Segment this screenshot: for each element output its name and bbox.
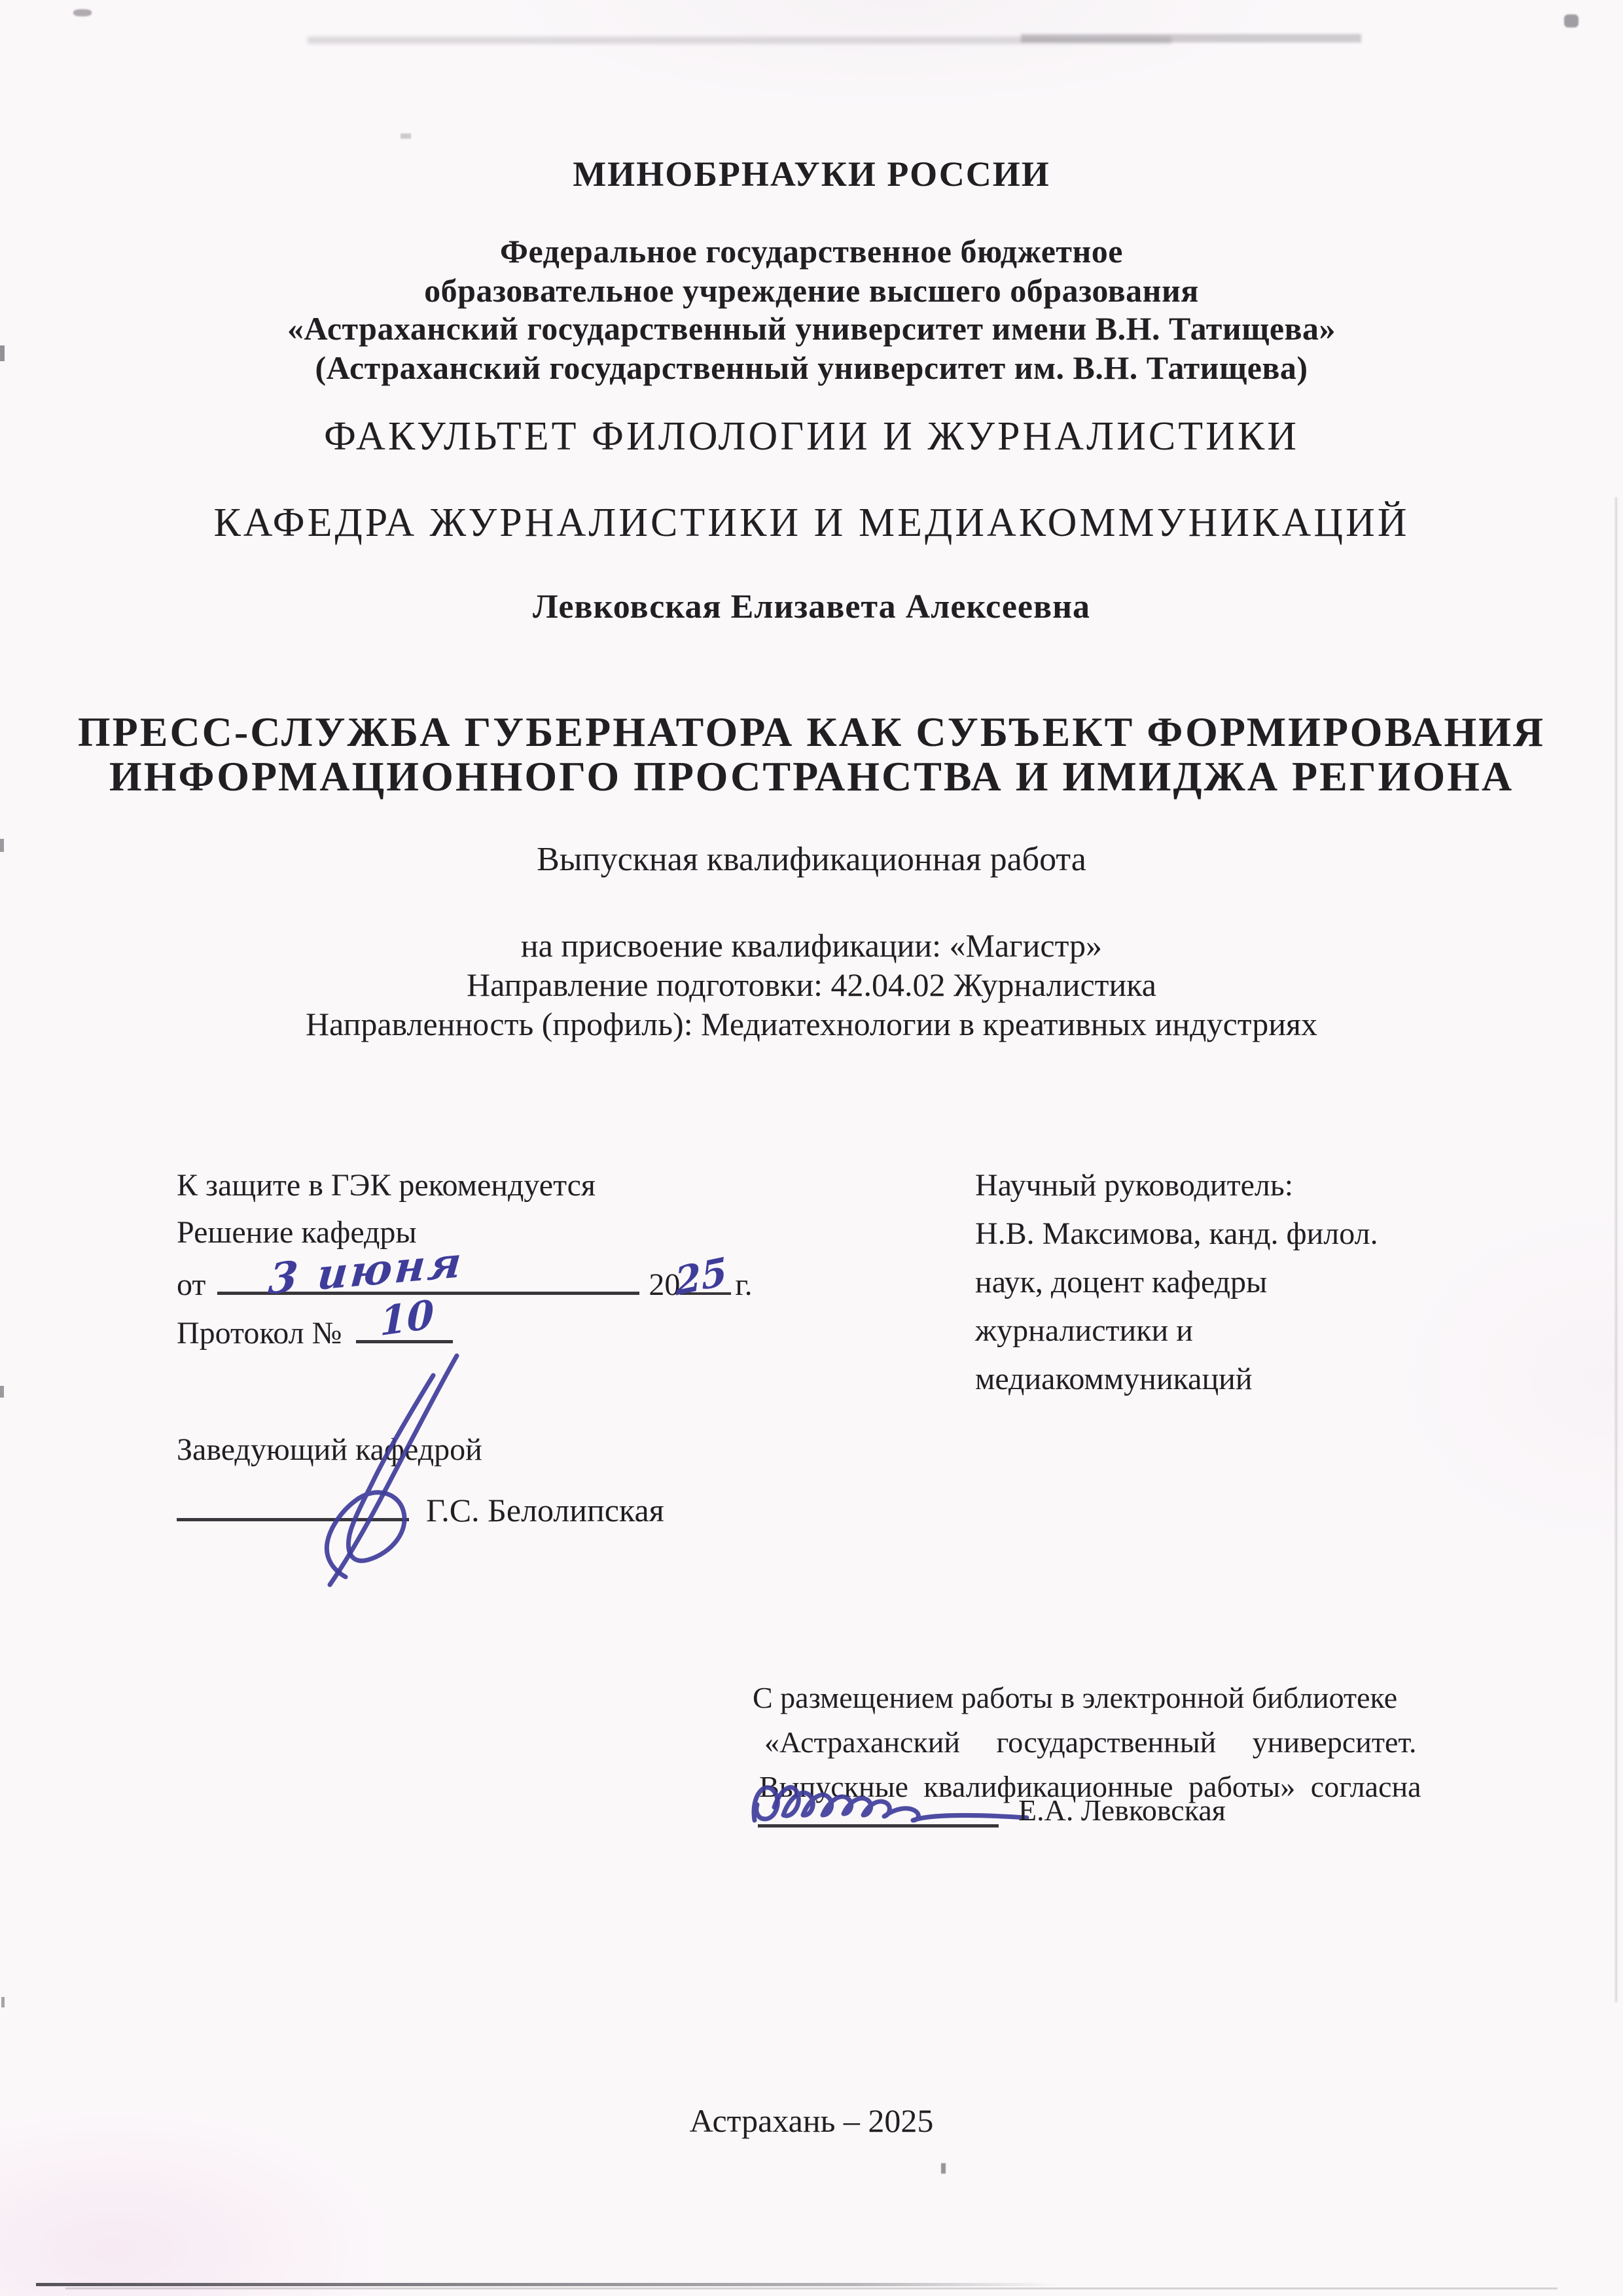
scan-smudge	[308, 37, 1171, 44]
supervisor-line: Н.В. Максимова, канд. филол.	[975, 1216, 1378, 1252]
thesis-title-line: ИНФОРМАЦИОННОГО ПРОСТРАНСТВА И ИМИДЖА РЕ…	[0, 752, 1623, 801]
work-type: Выпускная квалификационная работа	[0, 840, 1623, 879]
approval-date-row: от3 июня2025г.	[177, 1255, 753, 1303]
protocol-blank-line: 10	[356, 1303, 453, 1343]
date-blank-line: 3 июня	[217, 1255, 639, 1295]
scan-smudge	[1021, 34, 1361, 43]
institution-line: «Астраханский государственный университе…	[0, 309, 1623, 347]
consent-name: Е.А. Левковская	[1018, 1793, 1226, 1828]
year-suffix: г.	[735, 1267, 752, 1302]
department-head-signature-icon	[281, 1347, 491, 1595]
approval-recommendation: К защите в ГЭК рекомендуется	[177, 1167, 596, 1203]
program-line: Направление подготовки: 42.04.02 Журнали…	[0, 966, 1623, 1004]
author-name: Левковская Елизавета Алексеевна	[0, 588, 1623, 626]
supervisor-line: наук, доцент кафедры	[975, 1264, 1267, 1300]
from-label: от	[177, 1267, 205, 1302]
year-blank-line: 25	[680, 1256, 731, 1295]
consent-line: «Астраханский государственный университе…	[764, 1725, 1417, 1759]
profile-line: Направленность (профиль): Медиатехнологи…	[0, 1005, 1623, 1043]
ministry-heading: МИНОБРНАУКИ РОССИИ	[0, 154, 1623, 194]
thesis-title-line: ПРЕСС-СЛУЖБА ГУБЕРНАТОРА КАК СУБЪЕКТ ФОР…	[0, 708, 1623, 756]
supervisor-label: Научный руководитель:	[975, 1167, 1293, 1203]
protocol-label: Протокол №	[177, 1316, 342, 1351]
approval-protocol-row: Протокол №10	[177, 1303, 453, 1351]
supervisor-line: журналистики и	[975, 1313, 1193, 1349]
consent-signature-line	[758, 1824, 999, 1828]
scan-speck	[941, 2163, 946, 2174]
scan-speck	[401, 133, 411, 139]
institution-line: образовательное учреждение высшего образ…	[0, 272, 1623, 309]
supervisor-line: медиакоммуникаций	[975, 1361, 1253, 1397]
qualification-line: на присвоение квалификации: «Магистр»	[0, 927, 1623, 964]
thesis-title-page: МИНОБРНАУКИ РОССИИ Федеральное государст…	[0, 0, 1623, 2296]
institution-line: (Астраханский государственный университе…	[0, 349, 1623, 387]
consent-line: С размещением работы в электронной библи…	[753, 1680, 1397, 1715]
department-heading: КАФЕДРА ЖУРНАЛИСТИКИ И МЕДИАКОММУНИКАЦИЙ	[0, 500, 1623, 546]
handwritten-year: 25	[674, 1248, 729, 1304]
city-year-line: Астрахань – 2025	[0, 2102, 1623, 2140]
institution-line: Федеральное государственное бюджетное	[0, 232, 1623, 270]
scan-edge-line	[36, 2283, 1057, 2286]
faculty-heading: ФАКУЛЬТЕТ ФИЛОЛОГИИ И ЖУРНАЛИСТИКИ	[0, 414, 1623, 460]
scan-edge-mark	[1, 1997, 5, 2007]
scan-edge-line	[65, 2287, 1558, 2289]
scan-speck	[73, 9, 92, 16]
handwritten-protocol-number: 10	[380, 1292, 435, 1345]
scan-edge-mark	[0, 1386, 4, 1398]
scan-speck	[1564, 14, 1578, 27]
